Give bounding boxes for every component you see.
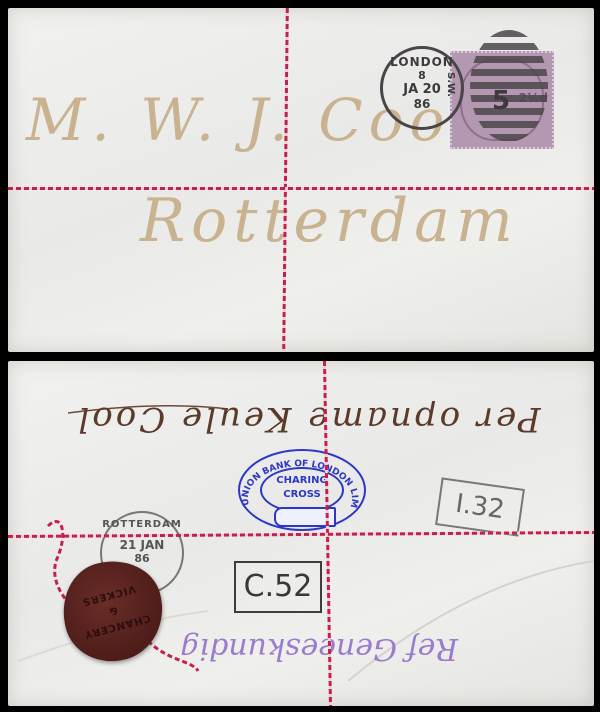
postmark-year: 86 bbox=[383, 97, 461, 111]
address-line-2: Rotterdam bbox=[140, 186, 519, 256]
string-horizontal bbox=[8, 187, 594, 190]
string-vertical bbox=[282, 8, 289, 352]
envelope-front: M. W. J. Cool Rotterdam 2½d 5 LONDON 8 J… bbox=[8, 8, 594, 352]
postmark-city: LONDON bbox=[383, 55, 461, 69]
envelope-back: Per opname Keule Cool UNION BANK OF LOND… bbox=[8, 361, 594, 706]
obliterator-number: 5 bbox=[492, 86, 510, 116]
postmark-district: S.W. bbox=[445, 72, 456, 97]
london-postmark: LONDON 8 JA 20 86 S.W. bbox=[380, 46, 464, 130]
